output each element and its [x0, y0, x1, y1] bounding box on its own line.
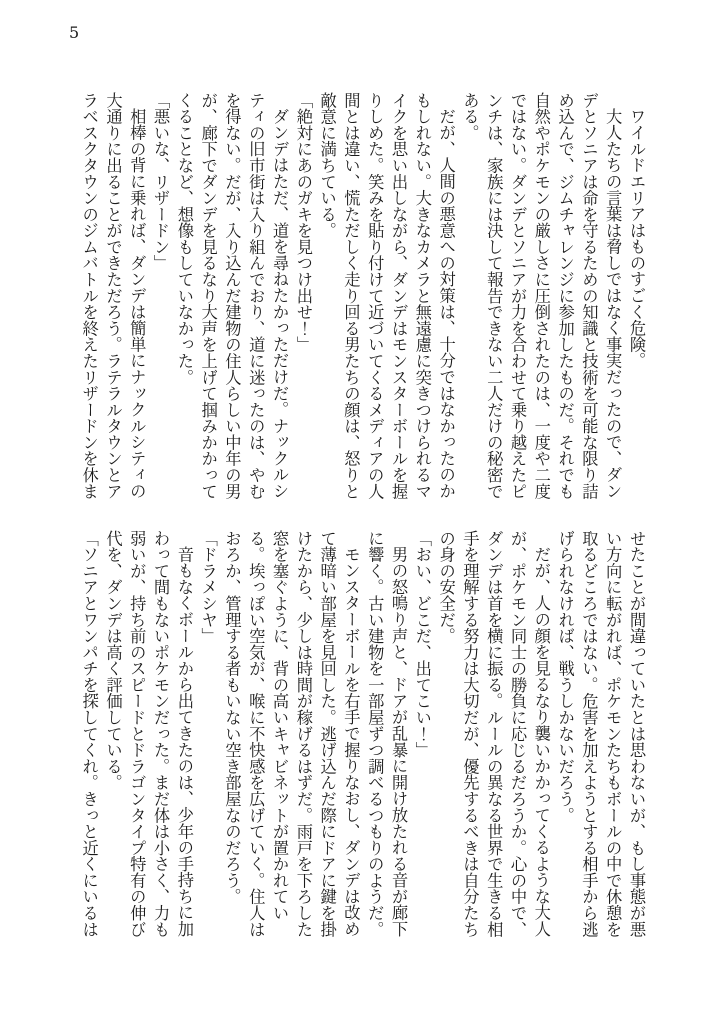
- paragraph: 音もなくボールから出てきたのは、少年の手持ちに加わって間もないポケモンだった。ま…: [101, 530, 196, 938]
- bottom-text-block: せたことが間違っていたとは思わないが、もし事態が悪い方向に転がれば、ポケモンたち…: [70, 530, 648, 938]
- paragraph: だが、人間の悪意への対策は、十分ではなかったのかもしれない。大きなカメラと無遠慮…: [315, 92, 458, 500]
- paragraph: だが、人の顔を見るなり襲いかかってくるような大人が、ポケモン同士の勝負に応じるだ…: [434, 530, 553, 938]
- top-text-block: ワイルドエリアはものすごく危険。 大人たちの言葉は脅しではなく事実だったので、ダ…: [70, 92, 648, 500]
- paragraph: モンスターボールを右手で握りなおし、ダンデは改めて薄暗い部屋を見回した。逃げ込ん…: [220, 530, 363, 938]
- paragraph: 男の怒鳴り声と、ドアが乱暴に開け放たれる音が廊下に響く。古い建物を一部屋ずつ調べ…: [362, 530, 410, 938]
- page-number: 5: [69, 25, 79, 41]
- paragraph-dialogue: 「悪いな、リザードン」: [148, 92, 172, 500]
- paragraph-dialogue: 「絶対にあのガキを見つけ出せ！」: [291, 92, 315, 500]
- paragraph-dialogue: 「ソニアとワンパチを探してくれ。きっと近くにいるは: [77, 530, 101, 938]
- paragraph-dialogue: 「おい、どこだ、出てこい！」: [410, 530, 434, 938]
- paragraph-dialogue: 「ドラメシヤ」: [196, 530, 220, 938]
- paragraph: せたことが間違っていたとは思わないが、もし事態が悪い方向に転がれば、ポケモンたち…: [553, 530, 648, 938]
- paragraph: 相棒の背に乗れば、ダンデは簡単にナックルシティの大通りに出ることができただろう。…: [77, 92, 148, 500]
- novel-page: 5 ワイルドエリアはものすごく危険。 大人たちの言葉は脅しではなく事実だったので…: [0, 0, 723, 1024]
- paragraph: 大人たちの言葉は脅しではなく事実だったので、ダンデとソニアは命を守るための知識と…: [458, 92, 625, 500]
- paragraph: ダンデはただ、道を尋ねたかっただけだ。ナックルシティの旧市街は入り組んでおり、道…: [172, 92, 291, 500]
- paragraph: ワイルドエリアはものすごく危険。: [624, 92, 648, 500]
